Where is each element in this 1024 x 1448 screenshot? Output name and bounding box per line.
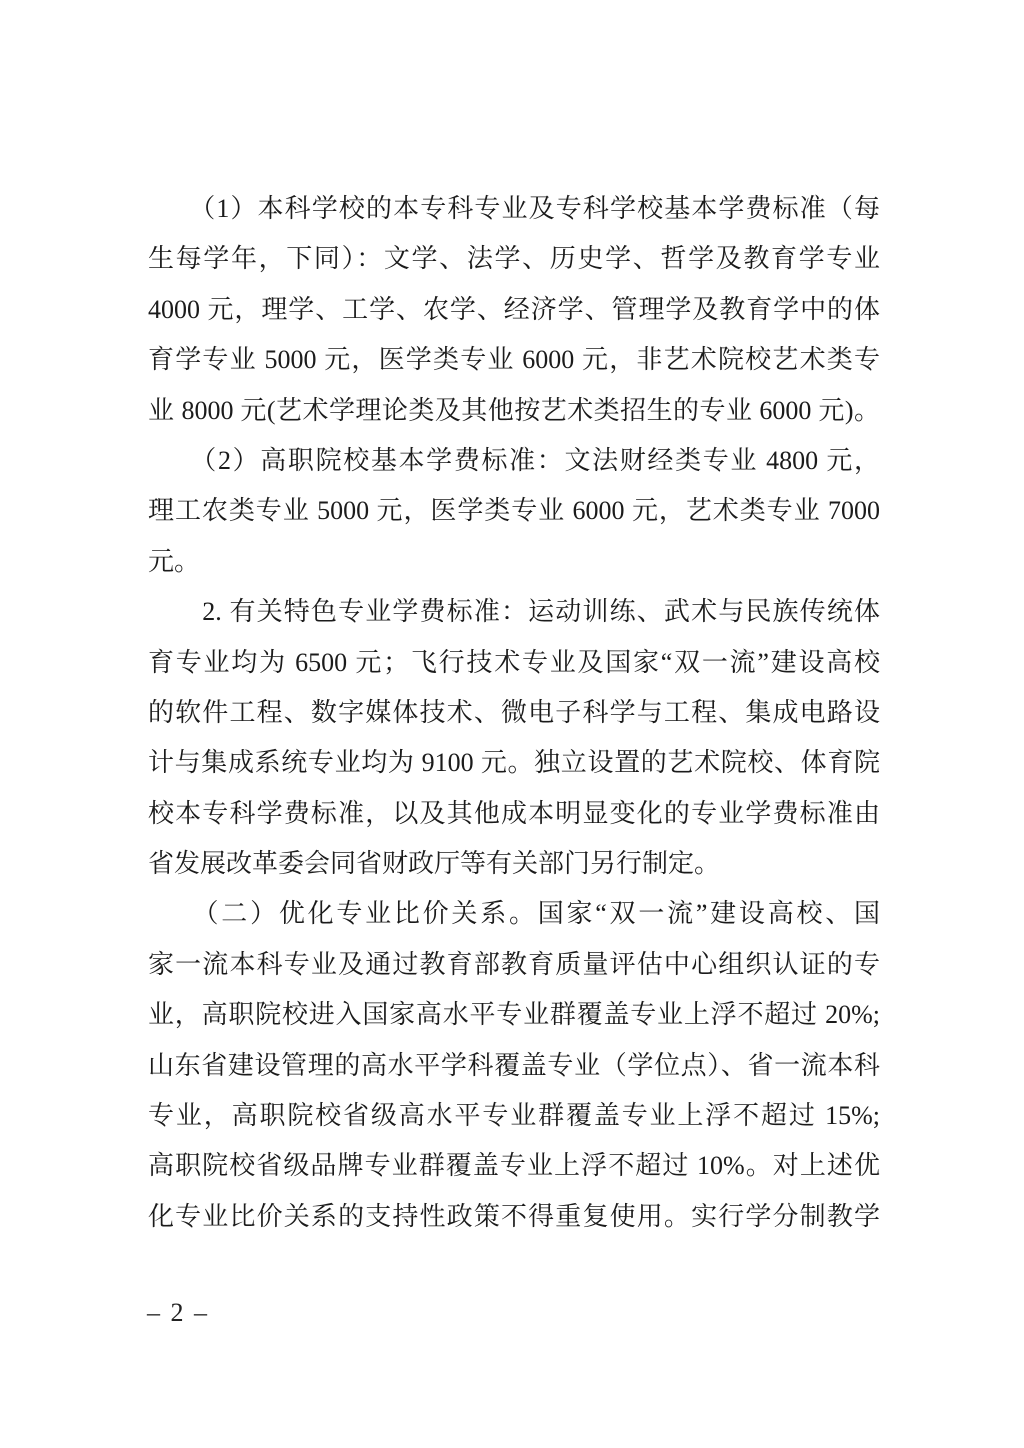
document-line: 2. 有关特色专业学费标准：运动训练、武术与民族传统体 [148, 587, 880, 637]
document-line: （二）优化专业比价关系。国家“双一流”建设高校、国 [148, 889, 880, 939]
document-line: 育专业均为 6500 元；飞行技术专业及国家“双一流”建设高校 [148, 638, 880, 688]
document-body: （1）本科学校的本专科专业及专科学校基本学费标准（每 生每学年，下同）：文学、法… [148, 184, 880, 1242]
document-line: 专业，高职院校省级高水平专业群覆盖专业上浮不超过 15%; [148, 1091, 880, 1141]
document-line: 的软件工程、数字媒体技术、微电子科学与工程、集成电路设 [148, 688, 880, 738]
document-line: 家一流本科专业及通过教育部教育质量评估中心组织认证的专 [148, 940, 880, 990]
document-line: 省发展改革委会同省财政厅等有关部门另行制定。 [148, 839, 880, 889]
document-line: （2）高职院校基本学费标准：文法财经类专业 4800 元， [148, 436, 880, 486]
document-line: （1）本科学校的本专科专业及专科学校基本学费标准（每 [148, 184, 880, 234]
document-line: 理工农类专业 5000 元，医学类专业 6000 元，艺术类专业 7000 [148, 486, 880, 536]
document-line: 山东省建设管理的高水平学科覆盖专业（学位点）、省一流本科 [148, 1041, 880, 1091]
document-page: （1）本科学校的本专科专业及专科学校基本学费标准（每 生每学年，下同）：文学、法… [0, 0, 1024, 1448]
document-line: 业，高职院校进入国家高水平专业群覆盖专业上浮不超过 20%; [148, 990, 880, 1040]
document-line: 高职院校省级品牌专业群覆盖专业上浮不超过 10%。对上述优 [148, 1141, 880, 1191]
document-line: 育学专业 5000 元，医学类专业 6000 元，非艺术院校艺术类专 [148, 335, 880, 385]
document-line: 计与集成系统专业均为 9100 元。独立设置的艺术院校、体育院 [148, 738, 880, 788]
document-line: 校本专科学费标准，以及其他成本明显变化的专业学费标准由 [148, 789, 880, 839]
page-number: – 2 – [147, 1298, 209, 1328]
document-line: 元。 [148, 537, 880, 587]
document-line: 化专业比价关系的支持性政策不得重复使用。实行学分制教学 [148, 1192, 880, 1242]
document-line: 业 8000 元(艺术学理论类及其他按艺术类招生的专业 6000 元)。 [148, 386, 880, 436]
document-line: 4000 元，理学、工学、农学、经济学、管理学及教育学中的体 [148, 285, 880, 335]
document-line: 生每学年，下同）：文学、法学、历史学、哲学及教育学专业 [148, 234, 880, 284]
